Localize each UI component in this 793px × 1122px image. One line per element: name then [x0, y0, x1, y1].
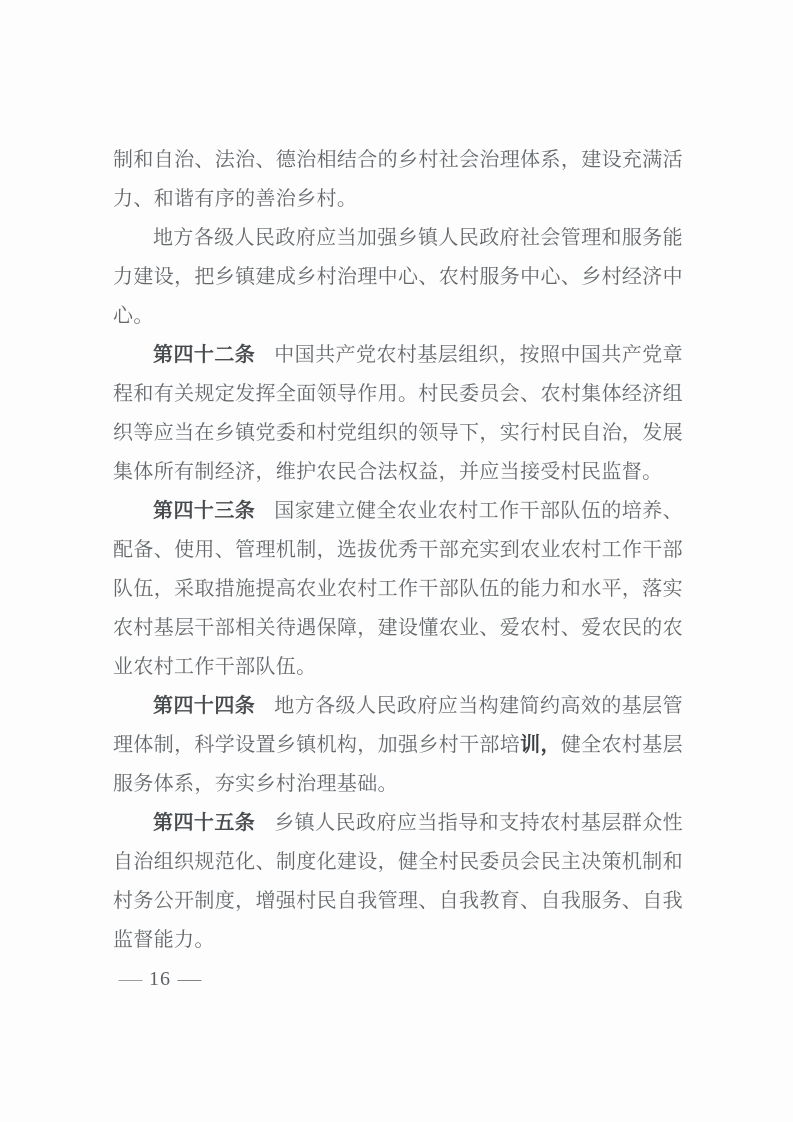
paragraph-text: 地方各级人民政府应当加强乡镇人民政府社会管理和服务能力建设，把乡镇建成乡村治理中… — [113, 227, 683, 327]
paragraph-text: 国家建立健全农业农村工作干部队伍的培养、配备、使用、管理机制，选拔优秀干部充实到… — [113, 500, 683, 678]
paragraph-article-45: 第四十五条乡镇人民政府应当指导和支持农村基层群众性自治组织规范化、制度化建设，健… — [113, 804, 683, 960]
paragraph-text: 制和自治、法治、德治相结合的乡村社会治理体系，建设充满活力、和谐有序的善治乡村。 — [113, 149, 683, 210]
article-number: 第四十四条 — [153, 695, 255, 717]
article-number: 第四十三条 — [153, 500, 255, 522]
article-number: 第四十五条 — [153, 812, 255, 834]
footer-left-dash: — — [119, 969, 143, 991]
paragraph-article-42: 第四十二条中国共产党农村基层组织，按照中国共产党章程和有关规定发挥全面领导作用。… — [113, 336, 683, 492]
paragraph-bold-fragment: 训， — [520, 734, 561, 756]
document-page: 制和自治、法治、德治相结合的乡村社会治理体系，建设充满活力、和谐有序的善治乡村。… — [0, 0, 793, 1122]
paragraph-article-43: 第四十三条国家建立健全农业农村工作干部队伍的培养、配备、使用、管理机制，选拔优秀… — [113, 492, 683, 687]
paragraph-continuation: 制和自治、法治、德治相结合的乡村社会治理体系，建设充满活力、和谐有序的善治乡村。 — [113, 141, 683, 219]
footer-right-dash: — — [178, 969, 202, 991]
article-number: 第四十二条 — [153, 344, 255, 366]
page-footer: — 16 — — [121, 968, 199, 991]
paragraph-article-44: 第四十四条地方各级人民政府应当构建简约高效的基层管理体制，科学设置乡镇机构，加强… — [113, 687, 683, 804]
page-number: 16 — [149, 968, 171, 991]
paragraph: 地方各级人民政府应当加强乡镇人民政府社会管理和服务能力建设，把乡镇建成乡村治理中… — [113, 219, 683, 336]
text-block: 制和自治、法治、德治相结合的乡村社会治理体系，建设充满活力、和谐有序的善治乡村。… — [113, 141, 683, 960]
